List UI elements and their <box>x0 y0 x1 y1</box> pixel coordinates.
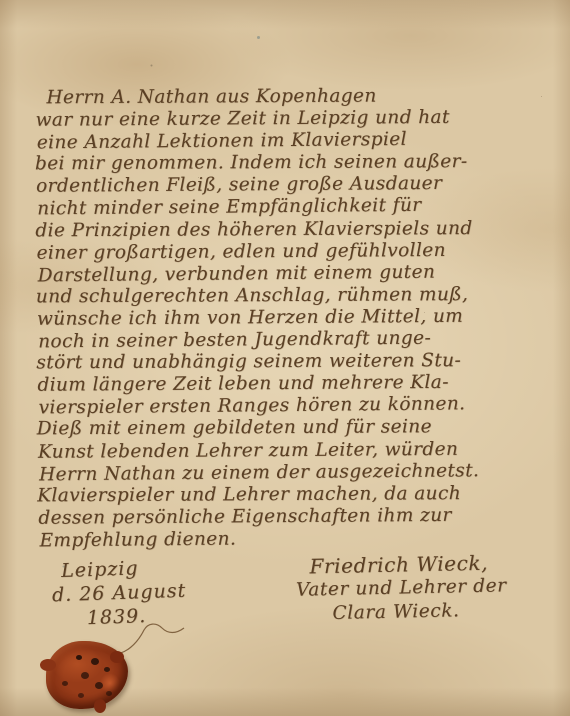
dateline-date: d. 26 August <box>52 579 187 608</box>
wax-specks <box>76 655 82 660</box>
signature-block: Friedrich Wieck, Vater und Lehrer der Cl… <box>295 549 556 626</box>
letter-line: stört und unabhängig seinem weiteren Stu… <box>36 350 541 375</box>
wax-seal-icon <box>46 641 128 709</box>
letter-line: Herrn A. Nathan aus Kopenhagen <box>34 85 539 110</box>
letter-body: Herrn A. Nathan aus Kopenhagen war nur e… <box>35 84 543 551</box>
wax-bump <box>94 699 106 713</box>
letter-line: bei mir genommen. Indem ich seinen außer… <box>35 151 540 176</box>
dateline-block: Leipzig d. 26 August 1839. <box>51 555 188 632</box>
letter-scan: Herrn A. Nathan aus Kopenhagen war nur e… <box>0 0 570 716</box>
letter-line: die Prinzipien des höheren Klavierspiels… <box>35 217 540 242</box>
letter-line: und schulgerechten Anschlag, rühmen muß, <box>36 284 541 309</box>
wax-bump <box>110 651 124 663</box>
wax-bump <box>40 659 56 671</box>
letter-line: Klavierspieler und Lehrer machen, da auc… <box>37 482 542 507</box>
signature-clara: Clara Wieck. <box>296 597 556 626</box>
letter-line: nicht minder seine Empfänglichkeit für <box>37 194 542 221</box>
foxing-specks <box>257 36 260 39</box>
letter-line: Herrn Nathan zu einem der ausgezeichnets… <box>39 459 544 486</box>
paper: Herrn A. Nathan aus Kopenhagen war nur e… <box>0 0 570 716</box>
letter-line: Empfehlung dienen. <box>39 525 544 552</box>
letter-line: Dieß mit einem gebildeten und für seine <box>37 416 542 441</box>
